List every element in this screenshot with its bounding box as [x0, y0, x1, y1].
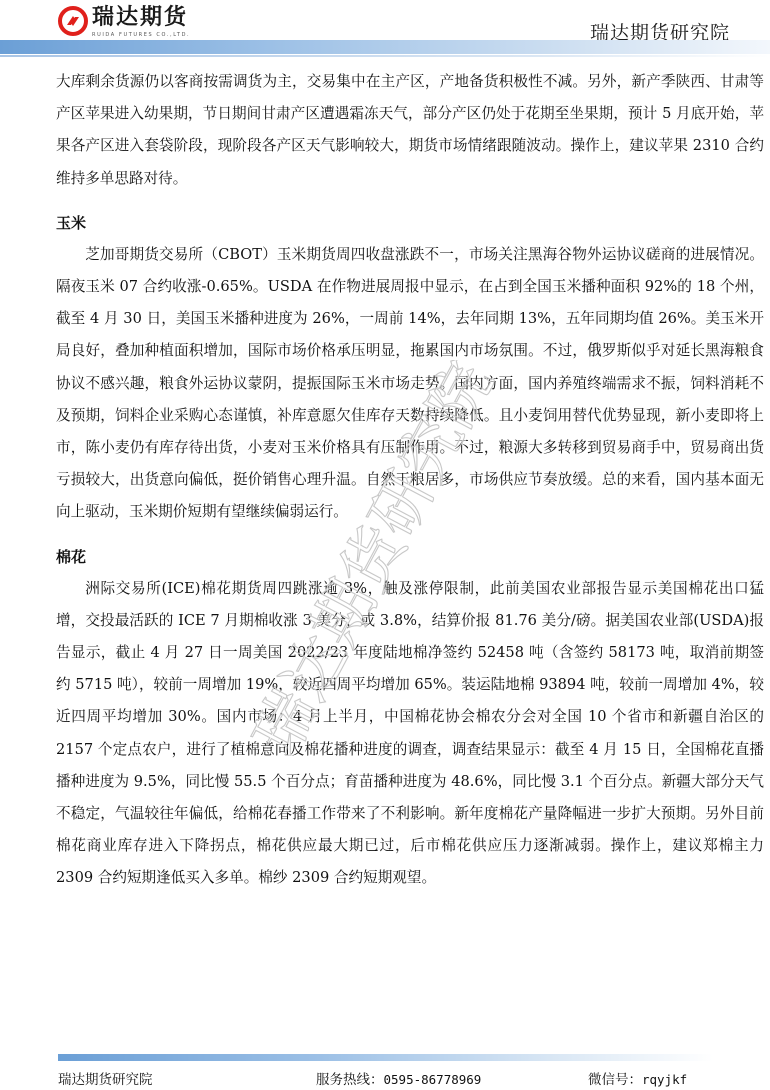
logo-chinese-name: 瑞达期货	[92, 6, 190, 30]
header-divider-bar	[0, 40, 770, 54]
company-logo: 瑞达期货 RUIDA FUTURES CO.,LTD.	[58, 6, 190, 42]
hotline-label: 服务热线：	[316, 1072, 384, 1088]
logo-english-name: RUIDA FUTURES CO.,LTD.	[92, 32, 190, 38]
header-divider-line	[0, 55, 770, 57]
report-body: 大库剩余货源仍以客商按需调货为主，交易集中在主产区，产地备货积极性不减。另外，新…	[56, 66, 764, 895]
footer-divider-bar	[58, 1054, 713, 1061]
page-footer: 瑞达期货研究院 服务热线：0595-86778969 微信号：rqyjkf	[58, 1068, 713, 1088]
footer-org-name: 瑞达期货研究院	[58, 1068, 153, 1088]
corn-paragraph: 芝加哥期货交易所（CBOT）玉米期货周四收盘涨跌不一，市场关注黑海谷物外运协议磋…	[56, 239, 764, 529]
wechat-id: rqyjkf	[642, 1072, 687, 1087]
section-title-corn: 玉米	[56, 209, 764, 237]
page-header: 瑞达期货 RUIDA FUTURES CO.,LTD. 瑞达期货研究院	[0, 0, 770, 60]
footer-wechat: 微信号：rqyjkf	[588, 1068, 687, 1088]
wechat-label: 微信号：	[588, 1072, 642, 1088]
ruida-logo-icon	[58, 6, 88, 36]
hotline-number: 0595-86778969	[384, 1072, 482, 1087]
cotton-paragraph: 洲际交易所(ICE)棉花期货周四跳涨逾 3%，触及涨停限制，此前美国农业部报告显…	[56, 573, 764, 895]
footer-hotline: 服务热线：0595-86778969	[316, 1068, 481, 1088]
intro-paragraph: 大库剩余货源仍以客商按需调货为主，交易集中在主产区，产地备货积极性不减。另外，新…	[56, 66, 764, 195]
section-title-cotton: 棉花	[56, 543, 764, 571]
